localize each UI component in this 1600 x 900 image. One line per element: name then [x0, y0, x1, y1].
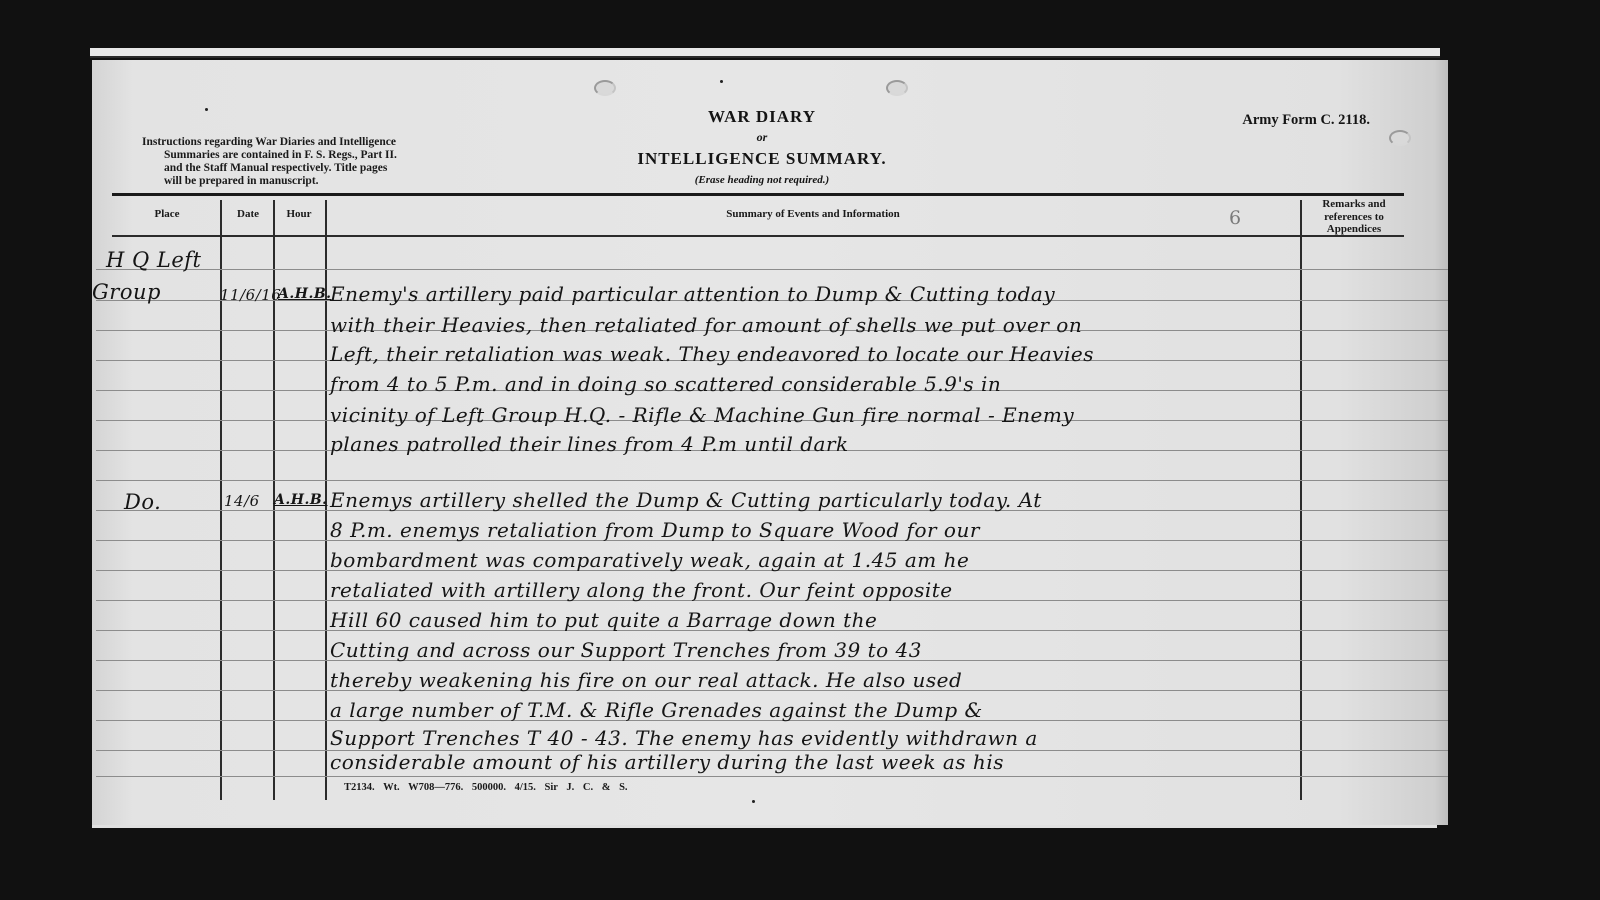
paper-speck	[205, 108, 208, 111]
instructions-line: and the Staff Manual respectively. Title…	[142, 162, 472, 175]
entry-text-line: Cutting and across our Support Trenches …	[330, 638, 922, 662]
entry-text-line: a large number of T.M. & Rifle Grenades …	[330, 698, 983, 722]
header-bottom-rule	[112, 235, 1404, 237]
ruled-line	[96, 776, 1448, 777]
entry-text-line: Support Trenches T 40 - 43. The enemy ha…	[330, 726, 1038, 750]
entry-text-line: planes patrolled their lines from 4 P.m …	[330, 432, 849, 456]
entry-date: 14/6	[224, 492, 260, 510]
paper-speck	[720, 80, 723, 83]
army-form-number: Army Form C. 2118.	[1242, 112, 1370, 129]
column-header-place: Place	[122, 208, 212, 220]
punch-hole-icon	[594, 80, 616, 96]
entry-text-line: Hill 60 caused him to put quite a Barrag…	[330, 608, 877, 632]
remarks-header-line: Appendices	[1304, 223, 1404, 236]
entry-place-line: H Q Left	[106, 248, 201, 272]
paper-top-edge	[90, 48, 1440, 58]
form-title: WAR DIARY	[597, 107, 927, 127]
entry-text-line: Enemy's artillery paid particular attent…	[330, 282, 1055, 306]
entry-text-line: vicinity of Left Group H.Q. - Rifle & Ma…	[330, 403, 1074, 427]
war-diary-page: Instructions regarding War Diaries and I…	[92, 60, 1448, 825]
entry-place-line: Group	[92, 280, 161, 304]
entry-initials: A.H.B.	[274, 492, 328, 508]
entry-place-line: Do.	[124, 490, 161, 514]
entry-text-line: considerable amount of his artillery dur…	[330, 750, 1004, 774]
entry-text-line: with their Heavies, then retaliated for …	[330, 313, 1082, 337]
column-divider	[1300, 200, 1302, 800]
page-number: 6	[1229, 207, 1241, 229]
punch-hole-icon	[886, 80, 908, 96]
column-header-hour: Hour	[274, 208, 324, 220]
scan-viewer: Instructions regarding War Diaries and I…	[0, 0, 1600, 900]
entry-text-line: Left, their retaliation was weak. They e…	[330, 342, 1094, 366]
entry-text-line: 8 P.m. enemys retaliation from Dump to S…	[330, 518, 980, 542]
column-header-date: Date	[222, 208, 274, 220]
entry-text-line: retaliated with artillery along the fron…	[330, 578, 953, 602]
form-title-block: WAR DIARY or INTELLIGENCE SUMMARY. (Eras…	[597, 107, 927, 186]
entry-text-line: Enemys artillery shelled the Dump & Cutt…	[330, 488, 1042, 512]
form-title-note: (Erase heading not required.)	[597, 174, 927, 186]
punch-hole-icon	[1389, 130, 1411, 146]
entry-initials: A.H.B.	[278, 286, 332, 302]
column-header-summary: Summary of Events and Information	[328, 208, 1298, 220]
column-header-remarks: Remarks and references to Appendices	[1304, 198, 1404, 236]
instructions-line: will be prepared in manuscript.	[142, 175, 472, 188]
instructions-line: Instructions regarding War Diaries and I…	[142, 136, 472, 149]
entry-date: 11/6/16	[220, 286, 281, 304]
form-subtitle: INTELLIGENCE SUMMARY.	[597, 149, 927, 169]
entry-text-line: thereby weakening his fire on our real a…	[330, 668, 962, 692]
entry-text-line: bombardment was comparatively weak, agai…	[330, 548, 969, 572]
header-top-rule	[112, 193, 1404, 196]
ruled-line	[96, 269, 1448, 270]
form-title-or: or	[597, 130, 927, 145]
instructions-text: Instructions regarding War Diaries and I…	[142, 136, 472, 188]
printer-imprint: T2134. Wt. W708—776. 500000. 4/15. Sir J…	[344, 782, 628, 793]
remarks-header-line: Remarks and	[1304, 198, 1404, 211]
instructions-line: Summaries are contained in F. S. Regs., …	[142, 149, 472, 162]
entry-text-line: from 4 to 5 P.m. and in doing so scatter…	[330, 372, 1001, 396]
ruled-line	[96, 480, 1448, 481]
paper-speck	[752, 800, 755, 803]
remarks-header-line: references to	[1304, 211, 1404, 224]
